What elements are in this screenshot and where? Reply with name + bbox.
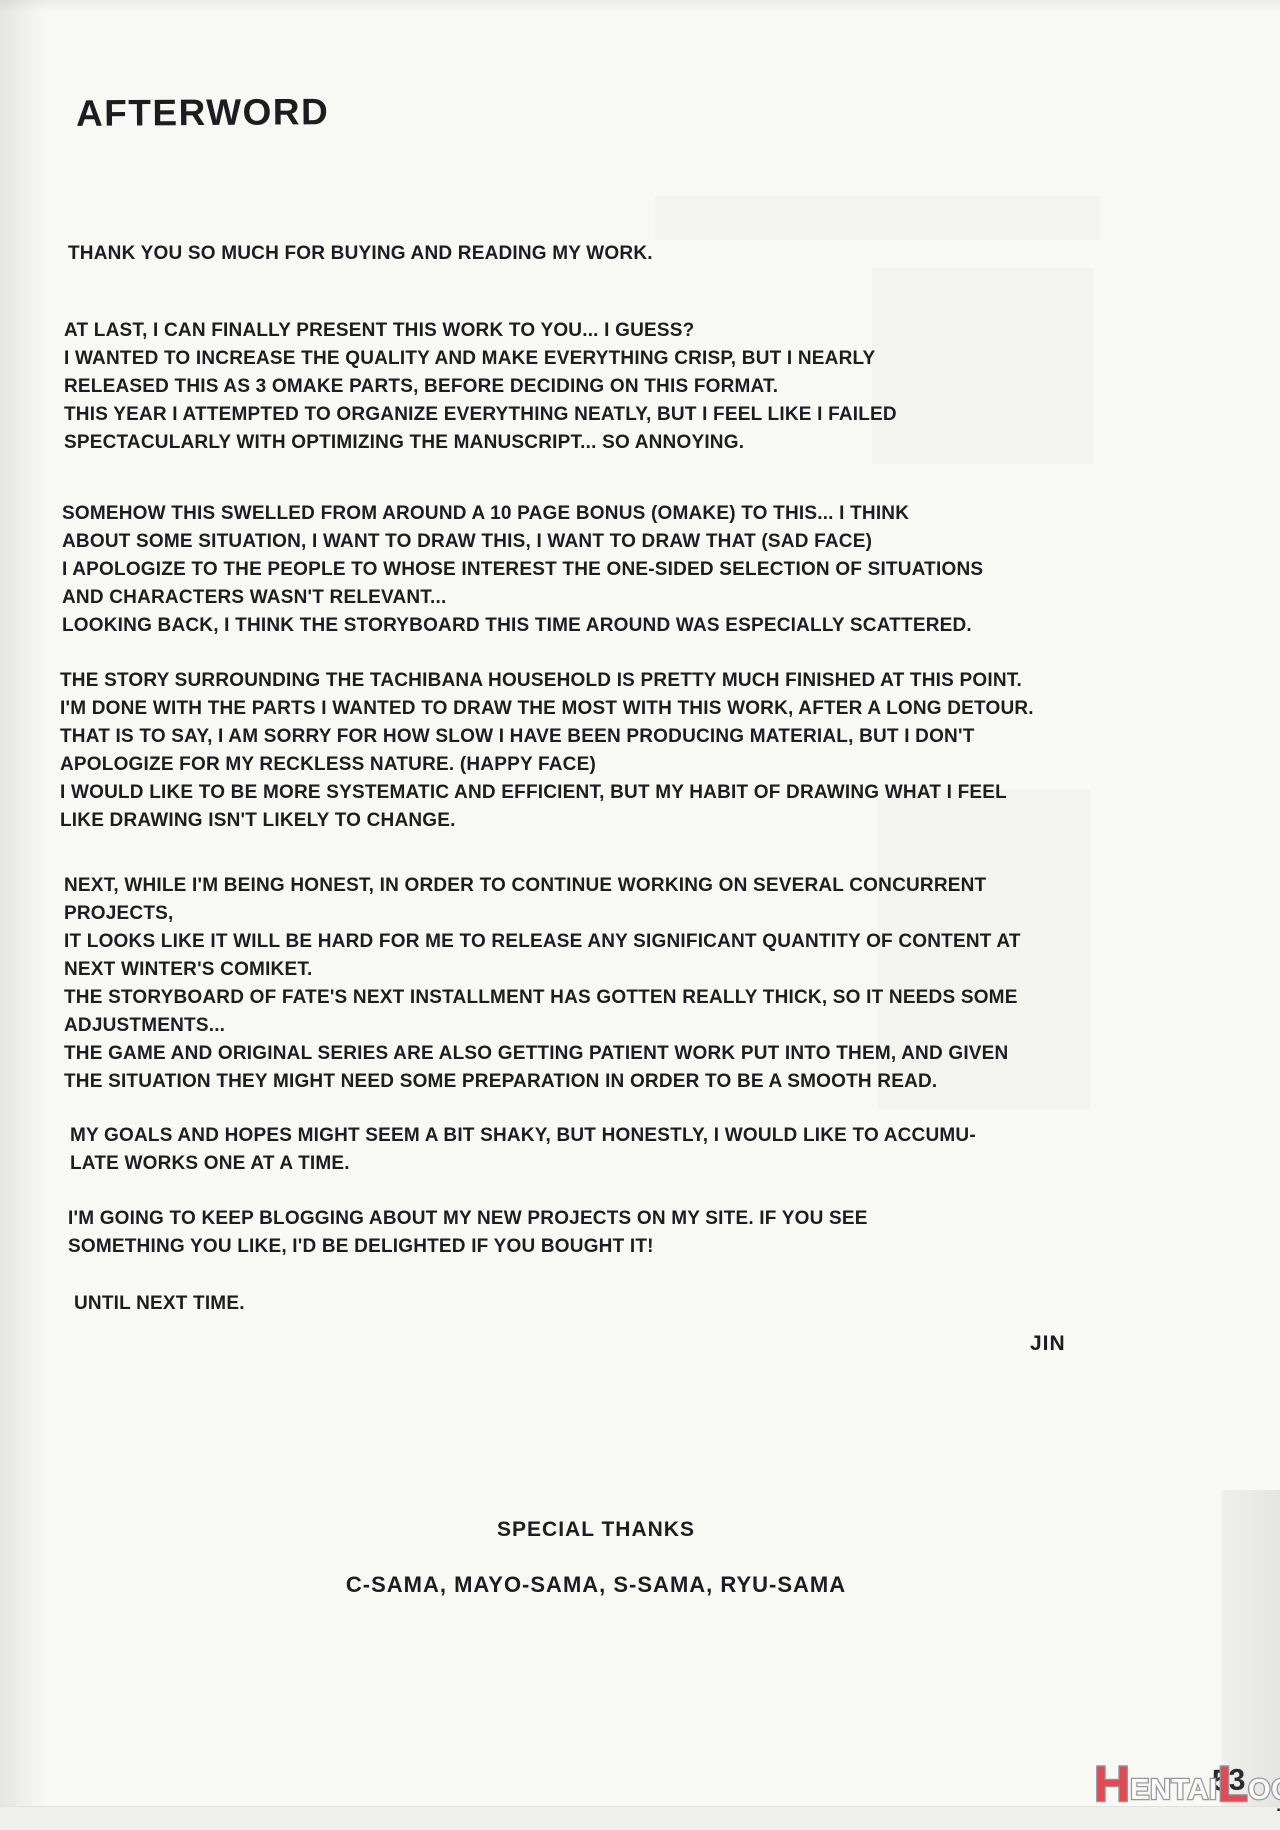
text-line: I WANTED TO INCREASE THE QUALITY AND MAK… (64, 345, 897, 373)
text-line: SPECTACULARLY WITH OPTIMIZING THE MANUSC… (64, 429, 897, 457)
paragraph-at-last: AT LAST, I CAN FINALLY PRESENT THIS WORK… (64, 317, 897, 457)
special-thanks-names: C-SAMA, MAYO-SAMA, S-SAMA, RYU-SAMA (0, 1572, 1192, 1598)
scan-artifact (655, 196, 1100, 240)
text-line: THIS YEAR I ATTEMPTED TO ORGANIZE EVERYT… (64, 401, 897, 429)
text-line: NEXT, WHILE I'M BEING HONEST, IN ORDER T… (64, 872, 1021, 900)
text-line: I APOLOGIZE TO THE PEOPLE TO WHOSE INTER… (62, 556, 983, 584)
text-line: SOMEHOW THIS SWELLED FROM AROUND A 10 PA… (62, 500, 983, 528)
paragraph-blogging: I'M GOING TO KEEP BLOGGING ABOUT MY NEW … (68, 1205, 868, 1261)
text-line: THE GAME AND ORIGINAL SERIES ARE ALSO GE… (64, 1040, 1021, 1068)
text-line: RELEASED THIS AS 3 OMAKE PARTS, BEFORE D… (64, 373, 897, 401)
text-line: NEXT WINTER'S COMIKET. (64, 956, 1021, 984)
scan-edge-top (0, 0, 1280, 12)
text-line: THANK YOU SO MUCH FOR BUYING AND READING… (68, 240, 653, 268)
text-line: THE SITUATION THEY MIGHT NEED SOME PREPA… (64, 1068, 1021, 1096)
scanned-afterword-page: AFTERWORD THANK YOU SO MUCH FOR BUYING A… (0, 0, 1280, 1830)
text-line: IT LOOKS LIKE IT WILL BE HARD FOR ME TO … (64, 928, 1021, 956)
paragraph-somehow: SOMEHOW THIS SWELLED FROM AROUND A 10 PA… (62, 500, 983, 640)
watermark-letter-l: L (1217, 1762, 1248, 1807)
author-signature: JIN (1030, 1332, 1066, 1356)
text-line: I'M GOING TO KEEP BLOGGING ABOUT MY NEW … (68, 1205, 868, 1233)
text-line: I'M DONE WITH THE PARTS I WANTED TO DRAW… (60, 695, 1034, 723)
paragraph-thanks: THANK YOU SO MUCH FOR BUYING AND READING… (68, 240, 653, 268)
text-line: MY GOALS AND HOPES MIGHT SEEM A BIT SHAK… (70, 1122, 976, 1150)
text-line: SOMETHING YOU LIKE, I'D BE DELIGHTED IF … (68, 1233, 868, 1261)
watermark-entai: ENTAI (1130, 1776, 1217, 1807)
text-line: APOLOGIZE FOR MY RECKLESS NATURE. (HAPPY… (60, 751, 1034, 779)
text-line: LIKE DRAWING ISN'T LIKELY TO CHANGE. (60, 807, 1034, 835)
text-line: THAT IS TO SAY, I AM SORRY FOR HOW SLOW … (60, 723, 1034, 751)
scan-artifact (872, 268, 1094, 464)
page-title: AFTERWORD (76, 91, 330, 135)
watermark-logo: HENTAILOOP .com (1094, 1762, 1280, 1807)
text-line: LOOKING BACK, I THINK THE STORYBOARD THI… (62, 612, 983, 640)
paragraph-story: THE STORY SURROUNDING THE TACHIBANA HOUS… (60, 667, 1034, 835)
text-line: ADJUSTMENTS... (64, 1012, 1021, 1040)
text-line: THE STORYBOARD OF FATE'S NEXT INSTALLMEN… (64, 984, 1021, 1012)
text-line: I WOULD LIKE TO BE MORE SYSTEMATIC AND E… (60, 779, 1034, 807)
watermark-letter-h: H (1094, 1762, 1130, 1807)
paragraph-goals: MY GOALS AND HOPES MIGHT SEEM A BIT SHAK… (70, 1122, 976, 1178)
text-line: ABOUT SOME SITUATION, I WANT TO DRAW THI… (62, 528, 983, 556)
scan-edge-left (0, 0, 46, 1830)
text-line: PROJECTS, (64, 900, 1021, 928)
watermark-com-suffix: .com (1276, 1796, 1280, 1816)
watermark-oop: OOP (1248, 1776, 1280, 1807)
text-line: UNTIL NEXT TIME. (74, 1290, 245, 1318)
text-line: THE STORY SURROUNDING THE TACHIBANA HOUS… (60, 667, 1034, 695)
text-line: AND CHARACTERS WASN'T RELEVANT... (62, 584, 983, 612)
scan-edge-bottom (0, 1806, 1280, 1830)
special-thanks-heading: SPECIAL THANKS (0, 1518, 1192, 1542)
text-line: AT LAST, I CAN FINALLY PRESENT THIS WORK… (64, 317, 897, 345)
text-line: LATE WORKS ONE AT A TIME. (70, 1150, 976, 1178)
paragraph-projects: NEXT, WHILE I'M BEING HONEST, IN ORDER T… (64, 872, 1021, 1096)
paragraph-until-next-time: UNTIL NEXT TIME. (74, 1290, 245, 1318)
